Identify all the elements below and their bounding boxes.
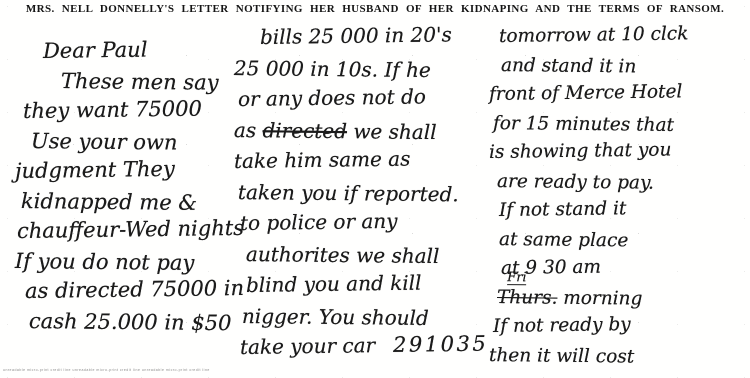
- handwritten-line: judgment They: [15, 153, 233, 186]
- serial-number: 291035: [393, 332, 488, 357]
- handwritten-line: tomorrow at 10 clck: [499, 19, 747, 51]
- line-text: we shall: [347, 119, 437, 144]
- day-correction: FriThurs.: [497, 283, 558, 313]
- caption-title: MRS. NELL DONNELLY'S LETTER NOTIFYING HE…: [0, 3, 750, 15]
- line-text: morning: [557, 288, 642, 310]
- day-replacement-word: Fri: [507, 271, 527, 285]
- micro-credit-line: unreadable micro-print credit line unrea…: [3, 368, 210, 372]
- handwritten-line: they want 75000: [23, 93, 233, 126]
- handwritten-line: If not stand it: [499, 193, 747, 225]
- struck-word: Thurs.: [497, 287, 558, 309]
- handwritten-line: at 9 30 am: [501, 251, 747, 283]
- letter-column-2: bills 25 000 in 20's 25 000 in 10s. If h…: [234, 22, 486, 363]
- handwritten-line: or any does not do: [238, 81, 486, 115]
- handwritten-line: cash 25.000 in $50: [29, 306, 233, 338]
- letter-column-3: tomorrow at 10 clck and stand it in fron…: [489, 22, 747, 370]
- handwritten-line-with-serial: take your car291035: [240, 329, 486, 363]
- handwritten-line: Dear Paul: [43, 33, 233, 66]
- struck-word: directed: [262, 118, 347, 143]
- handwritten-line: front of Merce Hotel: [489, 76, 747, 109]
- scanned-letter-page: MRS. NELL DONNELLY'S LETTER NOTIFYING HE…: [0, 0, 750, 378]
- line-text: as: [234, 118, 263, 142]
- handwritten-line: If not ready by: [493, 308, 747, 341]
- handwritten-line: take him same as: [234, 142, 486, 177]
- handwritten-line: then it will cost: [489, 341, 747, 373]
- handwritten-line: to police or any: [240, 205, 486, 239]
- letter-column-1: Dear Paul These men say they want 75000 …: [15, 36, 233, 336]
- line-text: take your car: [240, 333, 375, 359]
- handwritten-line: is showing that you: [489, 134, 747, 167]
- handwritten-line: as directed 75000 in: [25, 273, 233, 306]
- handwritten-line: blind you and kill: [246, 267, 486, 301]
- handwritten-line: chauffeur-Wed nights: [17, 213, 233, 246]
- handwritten-line: bills 25 000 in 20's: [260, 19, 486, 53]
